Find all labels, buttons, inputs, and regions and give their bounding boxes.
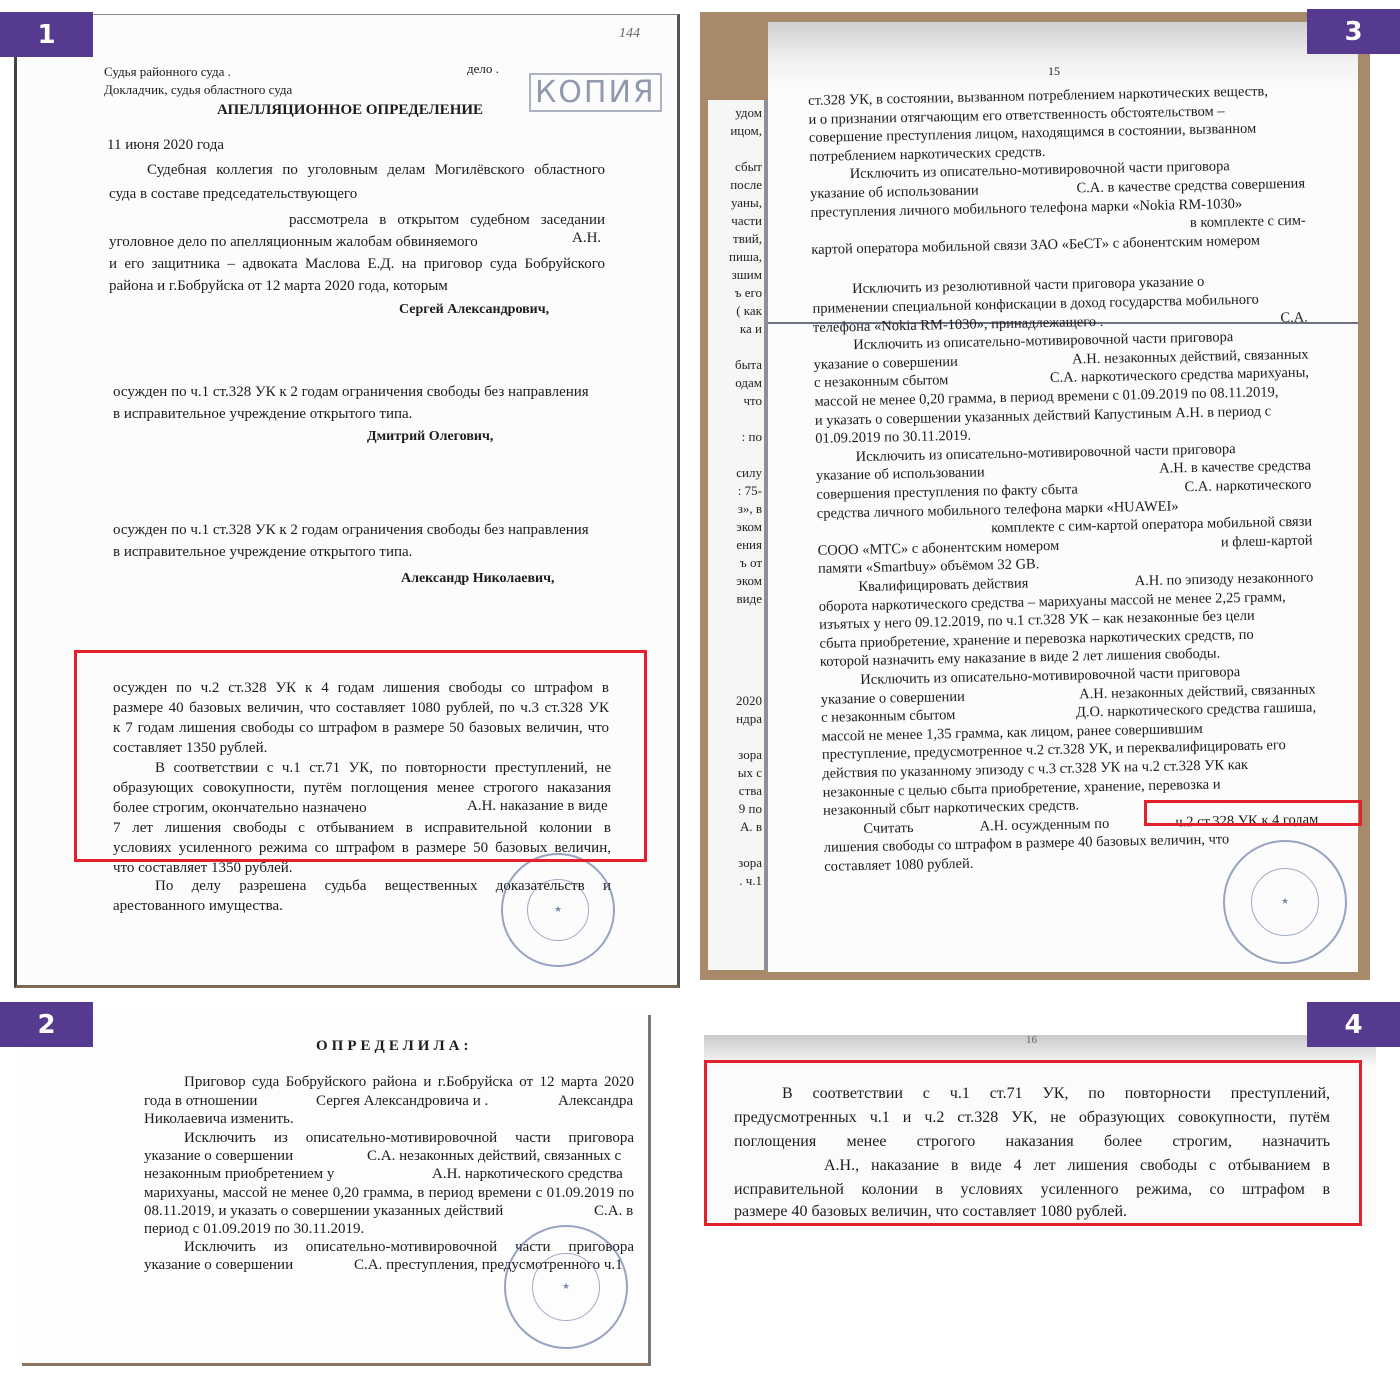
ruling-line: Николаевича изменить.: [144, 1110, 294, 1128]
ruling-line: Исключить из описательно-мотивировочной …: [184, 1129, 634, 1147]
highlighted-line: 7 лет лишения свободы с отбыванием в исп…: [113, 819, 611, 837]
ruling-line: указание о совершении: [144, 1147, 293, 1165]
intro-line: и его защитника – адвоката Маслова Е.Д. …: [109, 255, 605, 273]
header-judge-district: Судья районного суда .: [104, 63, 231, 81]
document-title: АПЕЛЛЯЦИОННОЕ ОПРЕДЕЛЕНИЕ: [217, 101, 483, 119]
margin-text: 2020ндра зораых сства 9 поА. в зора. ч.1: [708, 692, 762, 890]
highlighted-line: составляет 1350 рублей.: [113, 739, 267, 757]
intro-line: суда в составе председательствующего: [109, 185, 357, 203]
text-segment: и флеш-картой: [1221, 531, 1313, 551]
text-segment: указание о совершении: [821, 687, 966, 708]
highlighted-line: к 7 годам лишения свободы со штрафом в р…: [113, 719, 609, 737]
panel-badge-1: 1: [0, 12, 93, 57]
document-date: 11 июня 2020 года: [107, 136, 224, 154]
text-segment: в комплекте с сим-: [1190, 212, 1306, 232]
text-segment: 01.09.2019 по 30.11.2019.: [815, 427, 971, 448]
court-seal-stamp: ★: [501, 853, 615, 967]
text-segment: С.А. наркотического: [1184, 476, 1311, 497]
defendant-name: Сергей Александрович,: [399, 301, 549, 319]
ruling-line: 08.11.2019, и указать о совершении указа…: [144, 1202, 503, 1220]
page-number: 16: [1026, 1035, 1037, 1049]
seal-emblem: ★: [527, 879, 590, 942]
defendant-name: Александр Николаевич,: [401, 570, 554, 588]
intro-line: рассмотрела в открытом судебном заседани…: [289, 211, 605, 229]
footer-line: арестованного имущества.: [113, 897, 283, 915]
panel-3-document-page: 15 ст.328 УК, в состоянии, вызванном пот…: [768, 22, 1358, 972]
ruling-line: С.А. в: [594, 1202, 633, 1220]
ruling-line: указание о совершении: [144, 1256, 293, 1274]
text-segment: указание о совершении: [814, 353, 959, 374]
panel-badge-3: 3: [1307, 9, 1400, 54]
text-segment: А.Н. осужденным по: [979, 815, 1109, 836]
sentence-line: осужден по ч.1 ст.328 УК к 2 годам огран…: [113, 521, 589, 539]
text-segment: ч.2 ст.328 УК к 4 годам: [1175, 810, 1318, 831]
panel-badge-4: 4: [1307, 1002, 1400, 1047]
ruling-line: марихуаны, массой не менее 0,20 грамма, …: [144, 1184, 634, 1202]
court-seal-stamp: ★: [1223, 840, 1347, 964]
intro-line: А.Н.: [572, 229, 601, 247]
summary-line: размере 40 базовых величин, что составля…: [734, 1203, 1127, 1221]
highlighted-line: более строгим, окончательно назначено: [113, 799, 367, 817]
sentence-line: осужден по ч.1 ст.328 УК к 2 годам огран…: [113, 383, 589, 401]
intro-line: уголовное дело по апелляционным жалобам …: [109, 233, 478, 251]
intro-line: района и г.Бобруйска от 12 марта 2020 го…: [109, 277, 448, 295]
ruling-line: период с 01.09.2019 по 30.11.2019.: [144, 1220, 364, 1238]
sentence-line: в исправительное учреждение открытого ти…: [113, 543, 412, 561]
handwritten-page-number: 144: [619, 25, 640, 43]
summary-line: предусмотренных ч.1 и ч.2 ст.328 УК, не …: [734, 1109, 1330, 1127]
highlighted-line: образующих совокупности, путём поглощени…: [113, 779, 611, 797]
header-case: дело .: [467, 60, 499, 78]
panel-3-left-margin-strip: удомицом, сбытпослеуаны, частитвий,пиша,…: [708, 100, 768, 970]
highlighted-line: В соответствии с ч.1 ст.71 УК, по повтор…: [155, 759, 611, 777]
highlighted-line: осужден по ч.2 ст.328 УК к 4 годам лишен…: [113, 679, 609, 697]
text-segment: С.А.: [1280, 308, 1308, 327]
panel-3-text: ст.328 УК, в состоянии, вызванном потреб…: [808, 82, 1303, 92]
header-rapporteur: Докладчик, судья областного суда: [104, 81, 292, 99]
intro-line: Судебная коллегия по уголовным делам Мог…: [147, 161, 605, 179]
sentence-line: в исправительное учреждение открытого ти…: [113, 405, 412, 423]
ruling-line: С.А. незаконных действий, связанных с: [367, 1147, 621, 1165]
defendant-name: Дмитрий Олегович,: [367, 428, 493, 446]
ruling-line: года в отношении: [144, 1092, 257, 1110]
summary-line: поглощения менее строгого наказания боле…: [734, 1133, 1330, 1151]
ruling-line: незаконным приобретением у: [144, 1165, 334, 1183]
highlighted-line: что составляет 1350 рублей.: [113, 859, 293, 877]
highlighted-line: условиях усиленного режима со штрафом в …: [113, 839, 611, 857]
text-segment: А.Н. в качестве средства: [1159, 457, 1311, 478]
ruling-line: А.Н. наркотического средства: [432, 1165, 623, 1183]
panel-2-document-page: ОПРЕДЕЛИЛА: Приговор суда Бобруйского ра…: [22, 1015, 651, 1366]
ruling-line: Приговор суда Бобруйского района и г.Боб…: [184, 1073, 634, 1091]
text-segment: Считать: [863, 819, 913, 838]
panel-1-document-page: 144 КОПИЯ Судья районного суда . дело . …: [14, 14, 680, 988]
highlighted-line: размере 40 базовых величин, что составля…: [113, 699, 609, 717]
highlighted-line: А.Н. наказание в виде: [467, 797, 608, 815]
margin-text: удомицом, сбытпослеуаны, частитвий,пиша,…: [708, 104, 762, 608]
panel-badge-2: 2: [0, 1002, 93, 1047]
text-segment: составляет 1080 рублей.: [824, 855, 974, 876]
section-heading: ОПРЕДЕЛИЛА:: [316, 1037, 472, 1055]
text-segment: с незаконным сбытом: [814, 372, 949, 393]
panel-4-document-page: 16 В соответствии с ч.1 ст.71 УК, по пов…: [704, 1035, 1376, 1225]
court-seal-stamp: ★: [504, 1225, 628, 1349]
copy-stamp: КОПИЯ: [529, 73, 662, 112]
summary-line: В соответствии с ч.1 ст.71 УК, по повтор…: [782, 1085, 1330, 1103]
ruling-line: Александра: [558, 1092, 633, 1110]
seal-emblem: ★: [1251, 868, 1319, 936]
ruling-line: Сергея Александровича и .: [316, 1092, 488, 1110]
summary-line: исправительной колонии в условиях усилен…: [734, 1181, 1330, 1199]
text-segment: с незаконным сбытом: [821, 706, 956, 727]
summary-line: А.Н., наказание в виде 4 лет лишения сво…: [824, 1157, 1330, 1175]
seal-emblem: ★: [532, 1253, 600, 1321]
page-number: 15: [1048, 62, 1060, 80]
